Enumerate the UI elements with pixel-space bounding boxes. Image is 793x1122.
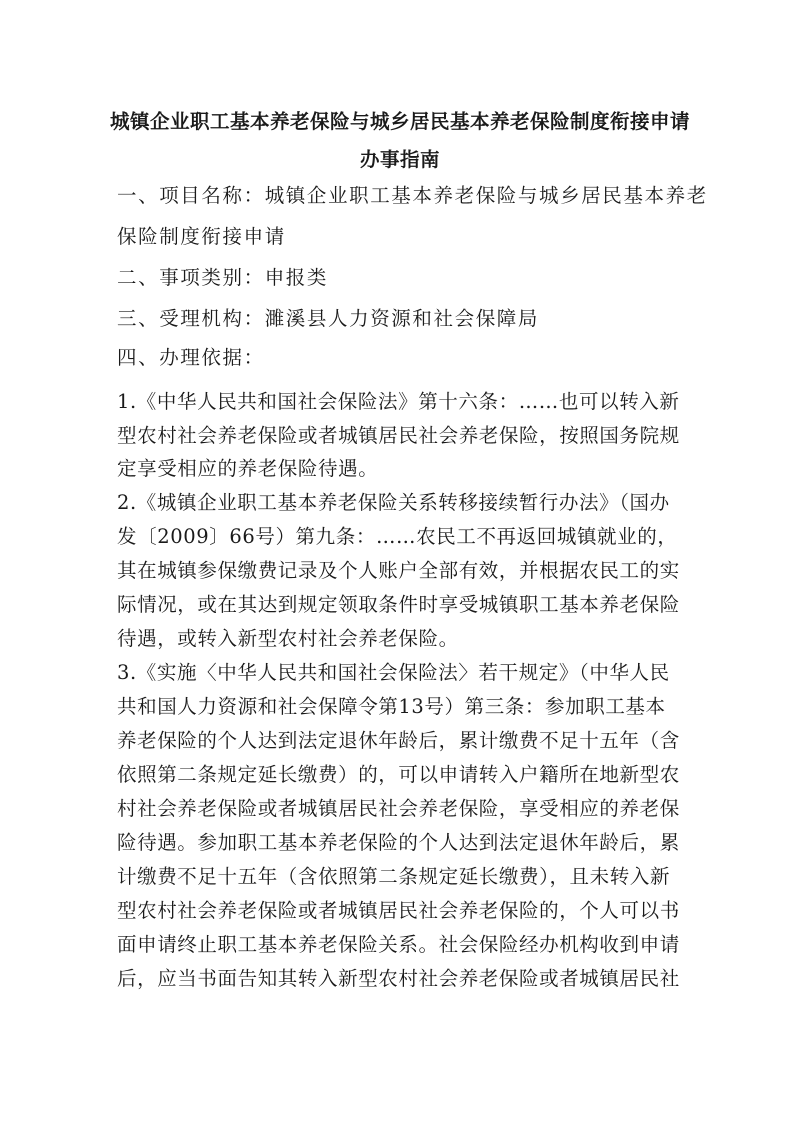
document-title-line-2: 办事指南	[100, 148, 700, 172]
legal-basis-heading: 四、办理依据：	[117, 346, 687, 370]
basis-3-line-4: 依照第二条规定延长缴费）的，可以申请转入户籍所在地新型农	[117, 763, 687, 787]
basis-3-line-9: 面申请终止职工基本养老保险关系。社会保险经办机构收到申请	[117, 933, 687, 957]
item-category: 二、事项类别：申报类	[117, 266, 687, 290]
basis-2-line-5: 待遇，或转入新型农村社会养老保险。	[117, 627, 687, 651]
basis-3-line-1: 3.《实施〈中华人民共和国社会保险法〉若干规定》（中华人民	[117, 661, 687, 685]
item-name-line-1: 一、项目名称：城镇企业职工基本养老保险与城乡居民基本养老	[117, 184, 687, 208]
basis-2-line-1: 2.《城镇企业职工基本养老保险关系转移接续暂行办法》（国办	[117, 491, 687, 515]
basis-3-line-10: 后，应当书面告知其转入新型农村社会养老保险或者城镇居民社	[117, 967, 687, 991]
basis-2-line-2: 发〔2009〕66号）第九条：……农民工不再返回城镇就业的，	[117, 525, 687, 549]
basis-2-line-3: 其在城镇参保缴费记录及个人账户全部有效，并根据农民工的实	[117, 559, 687, 583]
basis-3-line-5: 村社会养老保险或者城镇居民社会养老保险，享受相应的养老保	[117, 797, 687, 821]
basis-3-line-8: 型农村社会养老保险或者城镇居民社会养老保险的，个人可以书	[117, 899, 687, 923]
basis-2-line-4: 际情况，或在其达到规定领取条件时享受城镇职工基本养老保险	[117, 593, 687, 617]
basis-1-line-1: 1.《中华人民共和国社会保险法》第十六条：……也可以转入新	[117, 390, 687, 414]
document-title-line-1: 城镇企业职工基本养老保险与城乡居民基本养老保险制度衔接申请	[100, 110, 700, 134]
accepting-agency: 三、受理机构：濉溪县人力资源和社会保障局	[117, 307, 687, 331]
basis-1-line-2: 型农村社会养老保险或者城镇居民社会养老保险，按照国务院规	[117, 424, 687, 448]
basis-3-line-7: 计缴费不足十五年（含依照第二条规定延长缴费），且未转入新	[117, 865, 687, 889]
item-name-line-2: 保险制度衔接申请	[117, 225, 687, 249]
basis-3-line-2: 共和国人力资源和社会保障令第13号）第三条：参加职工基本	[117, 695, 687, 719]
basis-1-line-3: 定享受相应的养老保险待遇。	[117, 457, 687, 481]
document-page: 城镇企业职工基本养老保险与城乡居民基本养老保险制度衔接申请 办事指南 一、项目名…	[0, 0, 793, 1122]
basis-3-line-6: 险待遇。参加职工基本养老保险的个人达到法定退休年龄后，累	[117, 831, 687, 855]
basis-3-line-3: 养老保险的个人达到法定退休年龄后，累计缴费不足十五年（含	[117, 729, 687, 753]
